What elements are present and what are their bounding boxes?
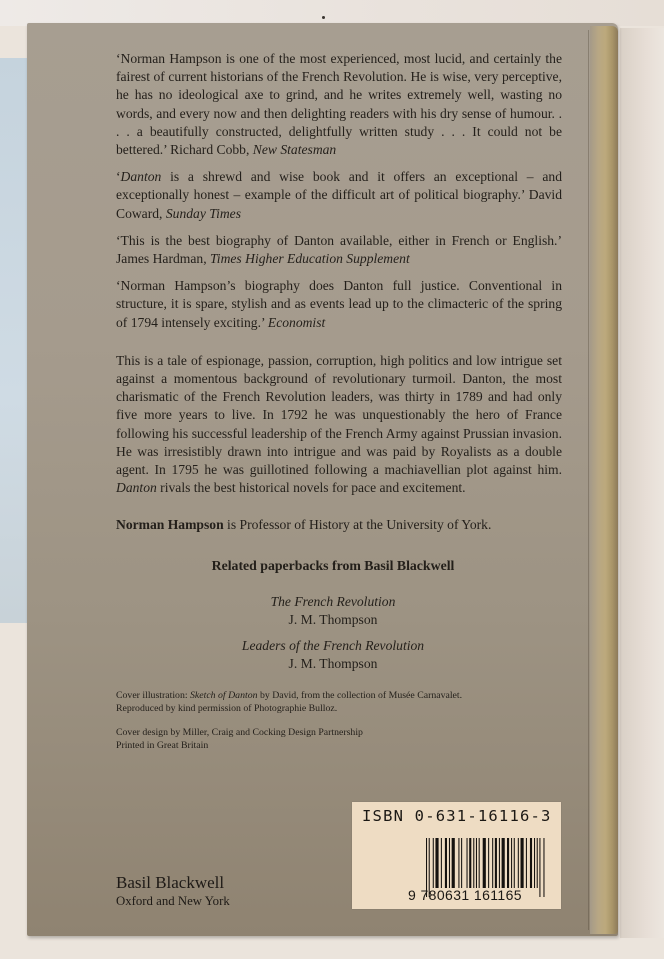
illustration-credit: Cover illustration: Sketch of Danton by … xyxy=(116,689,562,716)
illustration-credit-suffix: by David, from the collection of Musée C… xyxy=(258,690,463,701)
related-book-author: J. M. Thompson xyxy=(116,655,550,673)
publisher-name: Basil Blackwell xyxy=(116,873,230,893)
review-quote: ‘Norman Hampson’s biography does Danton … xyxy=(116,277,562,332)
text-run: ‘Norman Hampson is one of the most exper… xyxy=(116,51,562,157)
isbn-number: ISBN 0-631-16116-3 xyxy=(362,807,552,825)
italic-text: Times Higher Education Supplement xyxy=(210,251,410,266)
credits: Cover illustration: Sketch of Danton by … xyxy=(116,689,562,753)
related-heading: Related paperbacks from Basil Blackwell xyxy=(116,557,562,575)
blurb-paragraph: This is a tale of espionage, passion, co… xyxy=(116,352,562,498)
italic-text: Danton xyxy=(116,480,157,495)
italic-text: Sunday Times xyxy=(166,206,241,221)
italic-text: Danton xyxy=(121,169,162,184)
barcode-digits: 9 780631 161165 xyxy=(408,887,522,903)
related-book-title: The French Revolution xyxy=(116,593,550,611)
italic-text: New Statesman xyxy=(253,142,336,157)
illustration-permission: Reproduced by kind permission of Photogr… xyxy=(116,703,337,714)
author-bio: Norman Hampson is Professor of History a… xyxy=(116,516,562,534)
text-run: rivals the best historical novels for pa… xyxy=(157,480,466,495)
background-surface-right xyxy=(620,28,664,938)
printed-in: Printed in Great Britain xyxy=(116,740,208,751)
dust-speck xyxy=(322,16,325,19)
reviews-section: ‘Norman Hampson is one of the most exper… xyxy=(116,50,562,332)
publisher-locations: Oxford and New York xyxy=(116,893,230,909)
related-list: The French RevolutionJ. M. ThompsonLeade… xyxy=(116,593,562,673)
related-book: Leaders of the French RevolutionJ. M. Th… xyxy=(116,637,550,673)
cover-design-credit: Cover design by Miller, Craig and Cockin… xyxy=(116,727,363,738)
related-book-author: J. M. Thompson xyxy=(116,611,550,629)
cover-fold-line xyxy=(588,30,589,930)
background-blue-object xyxy=(0,58,30,623)
text-run: This is a tale of espionage, passion, co… xyxy=(116,353,562,477)
review-quote: ‘This is the best biography of Danton av… xyxy=(116,232,562,268)
publisher-imprint: Basil Blackwell Oxford and New York xyxy=(116,873,230,909)
review-quote: ‘Danton is a shrewd and wise book and it… xyxy=(116,168,562,223)
author-bio-text: is Professor of History at the Universit… xyxy=(224,517,492,532)
design-credit: Cover design by Miller, Craig and Cockin… xyxy=(116,726,562,753)
author-name: Norman Hampson xyxy=(116,517,224,532)
illustration-credit-prefix: Cover illustration: xyxy=(116,690,190,701)
related-book: The French RevolutionJ. M. Thompson xyxy=(116,593,550,629)
cover-text-block: ‘Norman Hampson is one of the most exper… xyxy=(116,50,562,763)
isbn-barcode-label: ISBN 0-631-16116-3 9 780631 161165 xyxy=(352,802,561,909)
book-spine-edge xyxy=(590,26,618,934)
related-book-title: Leaders of the French Revolution xyxy=(116,637,550,655)
review-quote: ‘Norman Hampson is one of the most exper… xyxy=(116,50,562,159)
text-run: ‘Norman Hampson’s biography does Danton … xyxy=(116,278,562,329)
illustration-work-title: Sketch of Danton xyxy=(190,690,257,701)
italic-text: Economist xyxy=(268,315,325,330)
